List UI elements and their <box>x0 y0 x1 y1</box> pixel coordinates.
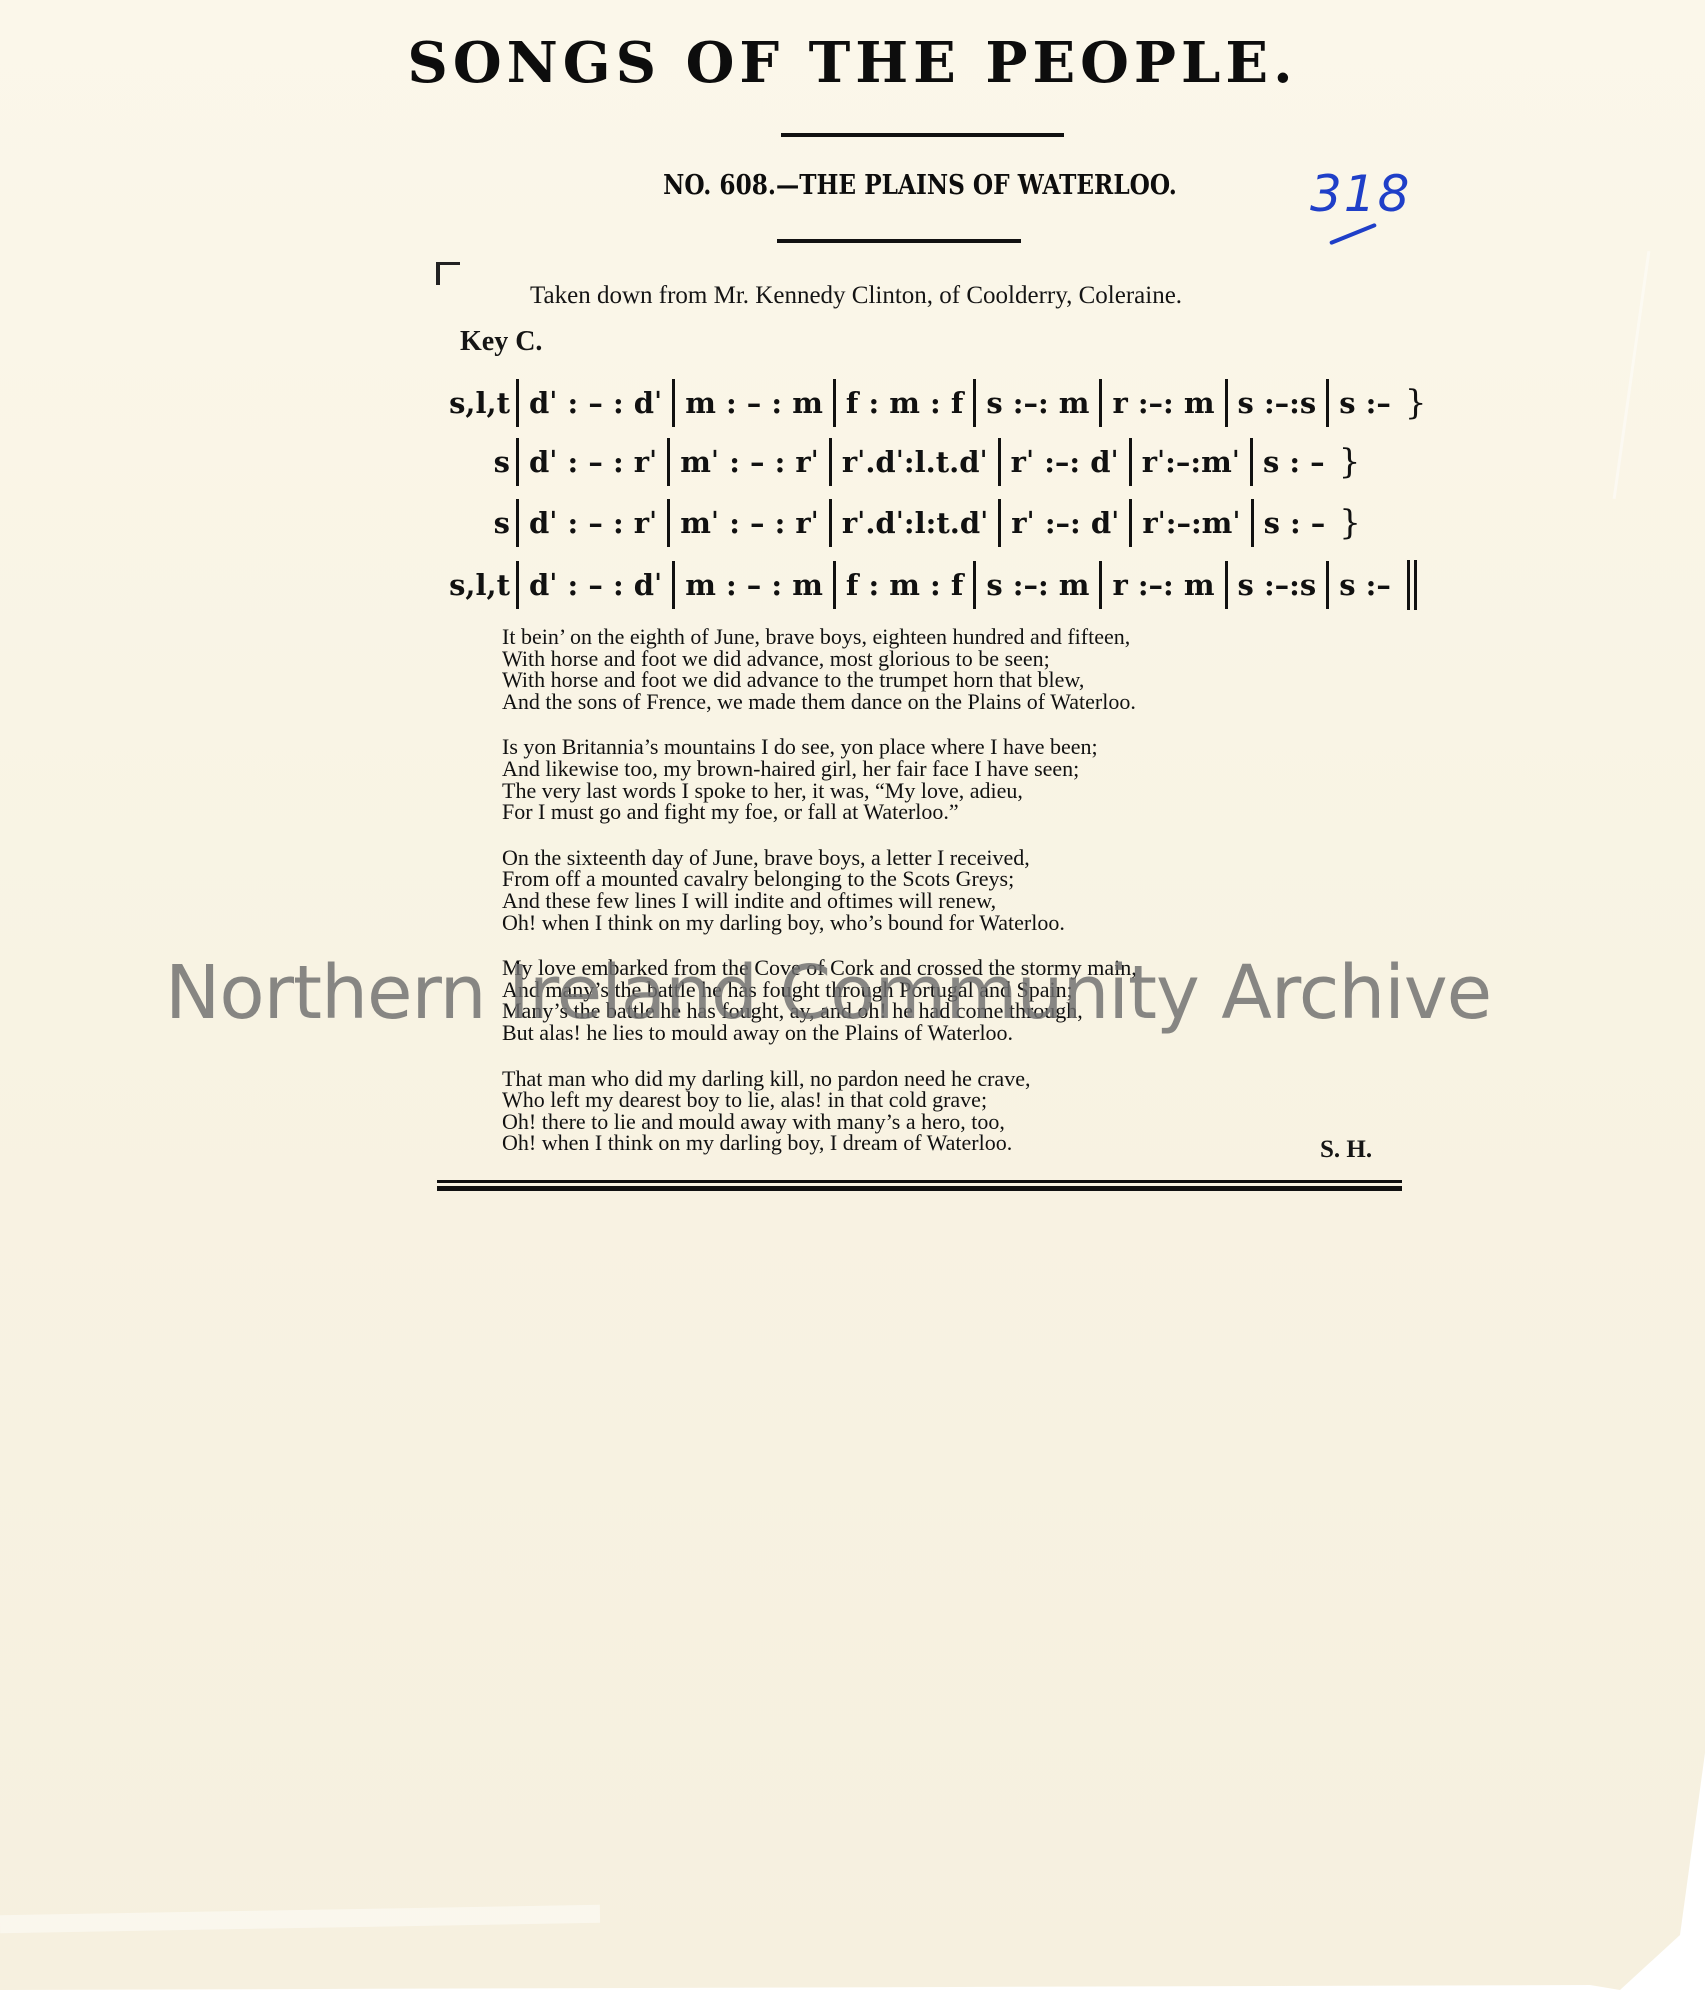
signature: S. H. <box>1320 1136 1372 1164</box>
notation-measure: rˈ:–:mˈ <box>1129 438 1250 486</box>
notation-measure: s :–: m <box>973 561 1099 609</box>
stanza: It bein’ on the eighth of June, brave bo… <box>502 626 1382 712</box>
lyric-line: From off a mounted cavalry belonging to … <box>502 868 1382 890</box>
closing-rule-top <box>437 1180 1402 1183</box>
notation-measure: r :–: m <box>1099 379 1224 427</box>
notation-pickup: s,l,t <box>430 386 516 420</box>
notation-measure: s : – <box>1250 438 1335 486</box>
notation-measure: dˈ : – : rˈ <box>516 438 667 486</box>
lyric-line: That man who did my darling kill, no par… <box>502 1068 1382 1090</box>
lyric-line: And likewise too, my brown-haired girl, … <box>502 758 1382 780</box>
corner-mark-icon <box>436 262 460 285</box>
notation-measure: m : – : m <box>672 561 833 609</box>
stanza: My love embarked from the Cove of Cork a… <box>502 957 1382 1043</box>
lyric-line: Oh! when I think on my darling boy, I dr… <box>502 1132 1382 1154</box>
notation-measure: rˈ :–: dˈ <box>998 499 1129 547</box>
lyric-line: It bein’ on the eighth of June, brave bo… <box>502 626 1382 648</box>
notation-measure: mˈ : – : rˈ <box>667 499 829 547</box>
stanza: Is yon Britannia’s mountains I do see, y… <box>502 736 1382 822</box>
notation-measure: dˈ : – : dˈ <box>516 379 672 427</box>
paper-sheet: SONGS OF THE PEOPLE. NO. 608.—THE PLAINS… <box>0 0 1705 1992</box>
notation-line: s,l,tdˈ : – : dˈm : – : mf : m : fs :–: … <box>430 560 1430 610</box>
notation-pickup: s,l,t <box>430 568 516 602</box>
repeat-brace: } <box>1335 503 1361 543</box>
lyric-line: And these few lines I will indite and of… <box>502 890 1382 912</box>
notation-measure: s :– <box>1326 561 1401 609</box>
lyric-line: On the sixteenth day of June, brave boys… <box>502 847 1382 869</box>
lyric-line: For I must go and fight my foe, or fall … <box>502 801 1382 823</box>
paper-crease <box>0 1905 600 1933</box>
title-rule <box>781 133 1064 137</box>
notation-measure: s :– <box>1326 379 1401 427</box>
subtitle-rule <box>777 239 1021 243</box>
notation-measure: f : m : f <box>833 379 973 427</box>
notation-measure: dˈ : – : rˈ <box>516 499 667 547</box>
lyric-line: With horse and foot we did advance to th… <box>502 669 1382 691</box>
lyric-line: Is yon Britannia’s mountains I do see, y… <box>502 736 1382 758</box>
notation-measure: rˈ:–:mˈ <box>1129 499 1250 547</box>
lyric-line: And the sons of Frence, we made them dan… <box>502 691 1382 713</box>
notation-pickup: s <box>430 506 516 540</box>
notation-measure: s :–:s <box>1225 561 1327 609</box>
repeat-brace: } <box>1401 383 1427 423</box>
notation-measure: s : – <box>1251 499 1336 547</box>
song-lyrics: It bein’ on the eighth of June, brave bo… <box>502 626 1382 1178</box>
lyric-line: Many’s the battle he has fought, ay, and… <box>502 1000 1382 1022</box>
notation-measure: s :–: m <box>973 379 1099 427</box>
notation-line: sdˈ : – : rˈmˈ : – : rˈrˈ.dˈ:l.t.dˈrˈ :–… <box>430 437 1430 487</box>
final-barline <box>1407 560 1417 610</box>
handwritten-underline <box>1329 223 1377 245</box>
notation-measure: mˈ : – : rˈ <box>667 438 829 486</box>
stanza: That man who did my darling kill, no par… <box>502 1068 1382 1154</box>
key-signature: Key C. <box>460 326 542 358</box>
lyric-line: Oh! there to lie and mould away with man… <box>502 1111 1382 1133</box>
lyric-line: Oh! when I think on my darling boy, who’… <box>502 912 1382 934</box>
notation-measure: r :–: m <box>1099 561 1224 609</box>
lyric-line: The very last words I spoke to her, it w… <box>502 780 1382 802</box>
lyric-line: My love embarked from the Cove of Cork a… <box>502 957 1382 979</box>
notation-measure: f : m : f <box>833 561 973 609</box>
handwritten-catalogue-number: 318 <box>1310 165 1411 223</box>
notation-measure: s :–:s <box>1225 379 1327 427</box>
notation-measure: dˈ : – : dˈ <box>516 561 672 609</box>
lyric-line: But alas! he lies to mould away on the P… <box>502 1022 1382 1044</box>
closing-rule-bottom <box>437 1186 1402 1191</box>
notation-measure: rˈ.dˈ:l:t.dˈ <box>829 499 998 547</box>
notation-line: s,l,tdˈ : – : dˈm : – : mf : m : fs :–: … <box>430 378 1430 428</box>
lyric-line: Who left my dearest boy to lie, alas! in… <box>502 1089 1382 1111</box>
stanza: On the sixteenth day of June, brave boys… <box>502 847 1382 933</box>
repeat-brace: } <box>1335 442 1361 482</box>
notation-measure: rˈ.dˈ:l.t.dˈ <box>829 438 998 486</box>
notation-measure: rˈ :–: dˈ <box>998 438 1129 486</box>
source-note: Taken down from Mr. Kennedy Clinton, of … <box>530 282 1182 310</box>
notation-pickup: s <box>430 445 516 479</box>
lyric-line: And many’s the battle he has fought thro… <box>502 979 1382 1001</box>
notation-measure: m : – : m <box>672 379 833 427</box>
publication-title: SONGS OF THE PEOPLE. <box>0 30 1705 96</box>
notation-line: sdˈ : – : rˈmˈ : – : rˈrˈ.dˈ:l:t.dˈrˈ :–… <box>430 498 1430 548</box>
paper-crease <box>1613 251 1651 499</box>
lyric-line: With horse and foot we did advance, most… <box>502 648 1382 670</box>
